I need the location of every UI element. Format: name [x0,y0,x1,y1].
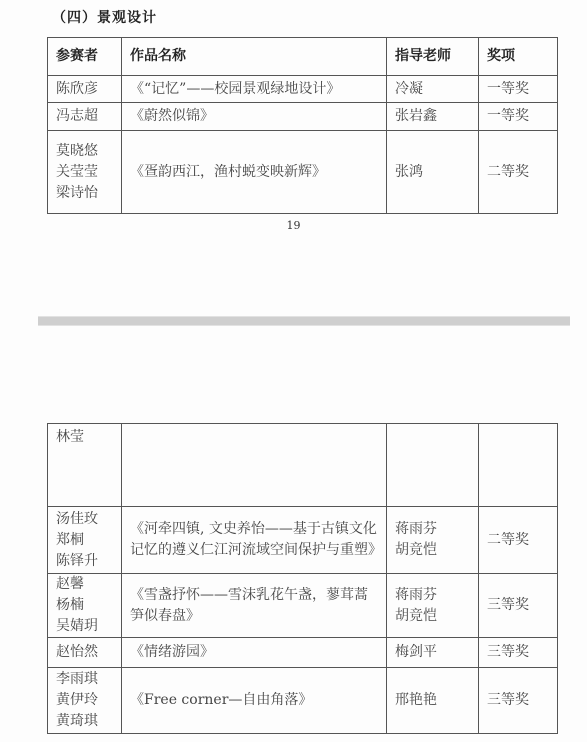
title-cell: 《Free corner—自由角落》 [122,668,387,734]
award-cell: 一等奖 [479,103,558,131]
advisor-name: 胡竞恺 [395,540,470,561]
participants-cell: 李雨琪 黄伊玲 黄琦琪 [48,668,122,734]
advisor-cell [387,424,479,507]
advisor-name: 蒋雨芬 [395,585,470,606]
title-cell: 《蔚然似锦》 [122,103,387,131]
advisor-name: 张鸿 [395,162,470,183]
advisor-cell: 邢艳艳 [387,668,479,734]
award-cell [479,424,558,507]
award-cell: 一等奖 [479,76,558,103]
participant-name: 赵馨 [56,574,113,595]
header-participants: 参赛者 [48,38,122,76]
table-row: 赵怡然 《情绪游园》 梅剑平 三等奖 [48,638,558,668]
participant-name: 吴婧玥 [56,616,113,637]
participants-cell: 莫晓悠 关莹莹 梁诗怡 [48,131,122,214]
table-row: 林莹 [48,424,558,507]
participant-name: 莫晓悠 [56,141,113,162]
advisor-name: 冷凝 [395,79,470,100]
participants-cell: 赵馨 杨楠 吴婧玥 [48,574,122,638]
participant-name: 赵怡然 [56,642,113,663]
header-title: 作品名称 [122,38,387,76]
award-cell: 三等奖 [479,668,558,734]
award-cell: 二等奖 [479,507,558,574]
title-cell: 《河牵四镇, 文史养怡——基于古镇文化记忆的遵义仁江河流域空间保护与重塑》 [122,507,387,574]
advisor-cell: 蒋雨芬 胡竞恺 [387,574,479,638]
header-advisor: 指导老师 [387,38,479,76]
section-title: （四）景观设计 [52,7,157,27]
advisor-cell: 梅剑平 [387,638,479,668]
page-number: 19 [0,219,587,232]
awards-table-page-2: 林莹 汤佳玫 郑桐 陈铎升 《河牵四镇, 文史养怡——基于古镇文化记忆的遵义仁江… [47,423,558,734]
page-divider [38,316,570,326]
participants-cell: 冯志超 [48,103,122,131]
advisor-cell: 蒋雨芬 胡竞恺 [387,507,479,574]
participant-name: 冯志超 [56,106,113,127]
title-cell: 《疍韵西江，渔村蜕变映新辉》 [122,131,387,214]
participant-name: 杨楠 [56,595,113,616]
advisor-name: 蒋雨芬 [395,519,470,540]
table-row: 赵馨 杨楠 吴婧玥 《雪盏抒怀——雪沫乳花午盏，蓼茸蒿笋似春盘》 蒋雨芬 胡竞恺… [48,574,558,638]
awards-table-page-1: 参赛者 作品名称 指导老师 奖项 陈欣彦 《“记忆”——校园景观绿地设计》 冷凝… [47,37,558,214]
advisor-name: 张岩鑫 [395,106,470,127]
participant-name: 陈欣彦 [56,79,113,100]
participant-name: 郑桐 [56,530,113,551]
table-row: 李雨琪 黄伊玲 黄琦琪 《Free corner—自由角落》 邢艳艳 三等奖 [48,668,558,734]
participant-name: 陈铎升 [56,551,113,572]
award-cell: 二等奖 [479,131,558,214]
participants-cell: 汤佳玫 郑桐 陈铎升 [48,507,122,574]
participants-cell: 陈欣彦 [48,76,122,103]
participant-name: 汤佳玫 [56,509,113,530]
table-row: 陈欣彦 《“记忆”——校园景观绿地设计》 冷凝 一等奖 [48,76,558,103]
title-cell: 《情绪游园》 [122,638,387,668]
participant-name: 梁诗怡 [56,183,113,204]
table-row: 汤佳玫 郑桐 陈铎升 《河牵四镇, 文史养怡——基于古镇文化记忆的遵义仁江河流域… [48,507,558,574]
advisor-cell: 张鸿 [387,131,479,214]
advisor-cell: 冷凝 [387,76,479,103]
title-cell: 《雪盏抒怀——雪沫乳花午盏，蓼茸蒿笋似春盘》 [122,574,387,638]
header-award: 奖项 [479,38,558,76]
award-cell: 三等奖 [479,638,558,668]
participants-cell: 林莹 [48,424,122,507]
participant-name: 黄伊玲 [56,690,113,711]
advisor-name: 胡竞恺 [395,606,470,627]
table-row: 莫晓悠 关莹莹 梁诗怡 《疍韵西江，渔村蜕变映新辉》 张鸿 二等奖 [48,131,558,214]
participant-name: 黄琦琪 [56,711,113,732]
title-cell [122,424,387,507]
advisor-name: 梅剑平 [395,642,470,663]
participant-name: 关莹莹 [56,162,113,183]
title-cell: 《“记忆”——校园景观绿地设计》 [122,76,387,103]
participant-name: 林莹 [56,427,113,448]
advisor-cell: 张岩鑫 [387,103,479,131]
table-row: 冯志超 《蔚然似锦》 张岩鑫 一等奖 [48,103,558,131]
advisor-name: 邢艳艳 [395,690,470,711]
participants-cell: 赵怡然 [48,638,122,668]
table-header-row: 参赛者 作品名称 指导老师 奖项 [48,38,558,76]
participant-name: 李雨琪 [56,669,113,690]
award-cell: 三等奖 [479,574,558,638]
